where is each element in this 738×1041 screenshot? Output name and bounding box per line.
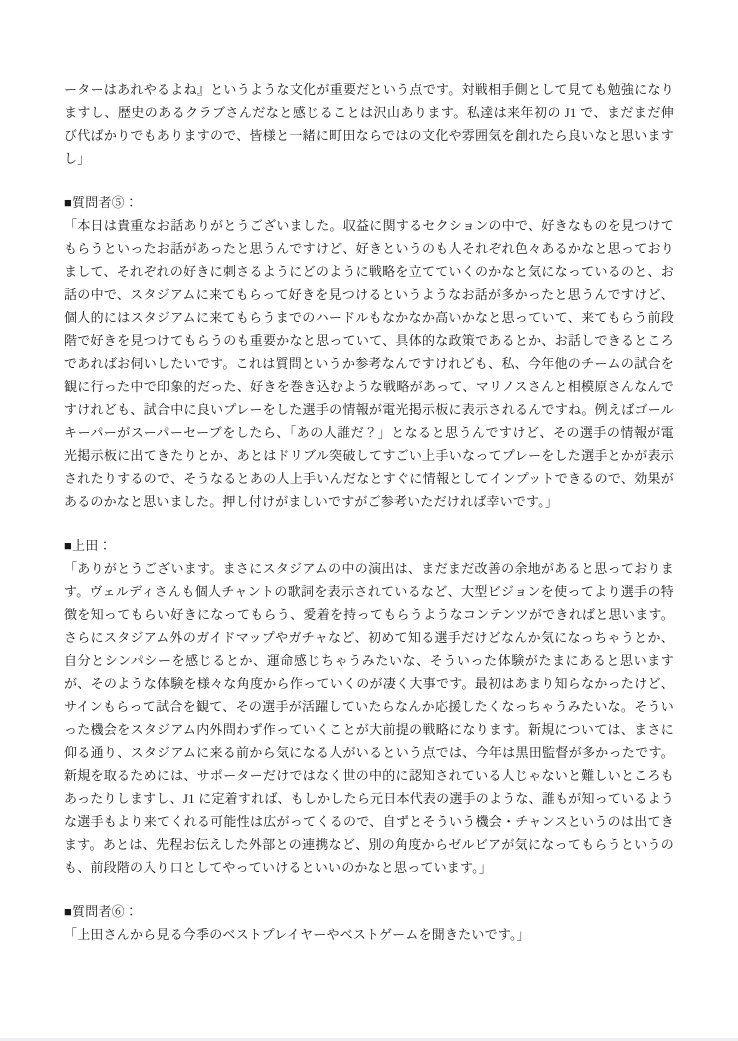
section-body-questioner-6: 「上田さんから見る今季のベストプレイヤーやベストゲームを聞きたいです。」 [64,923,674,946]
intro-paragraph: ーターはあれやるよね』というような文化が重要だという点です。対戦相手側として見て… [64,78,674,170]
section-heading-questioner-5: ■質問者⑤： [64,191,674,214]
document-page: ーターはあれやるよね』というような文化が重要だという点です。対戦相手側として見て… [0,0,738,1041]
section-body-questioner-5: 「本日は貴重なお話ありがとうございました。収益に関するセクションの中で、好きなも… [64,214,674,513]
section-heading-questioner-6: ■質問者⑥： [64,900,674,923]
section-heading-ueda: ■上田： [64,534,674,557]
document-text-area: ーターはあれやるよね』というような文化が重要だという点です。対戦相手側として見て… [64,78,674,946]
section-body-ueda: 「ありがとうございます。まさにスタジアムの中の演出は、まだまだ改善の余地があると… [64,557,674,879]
